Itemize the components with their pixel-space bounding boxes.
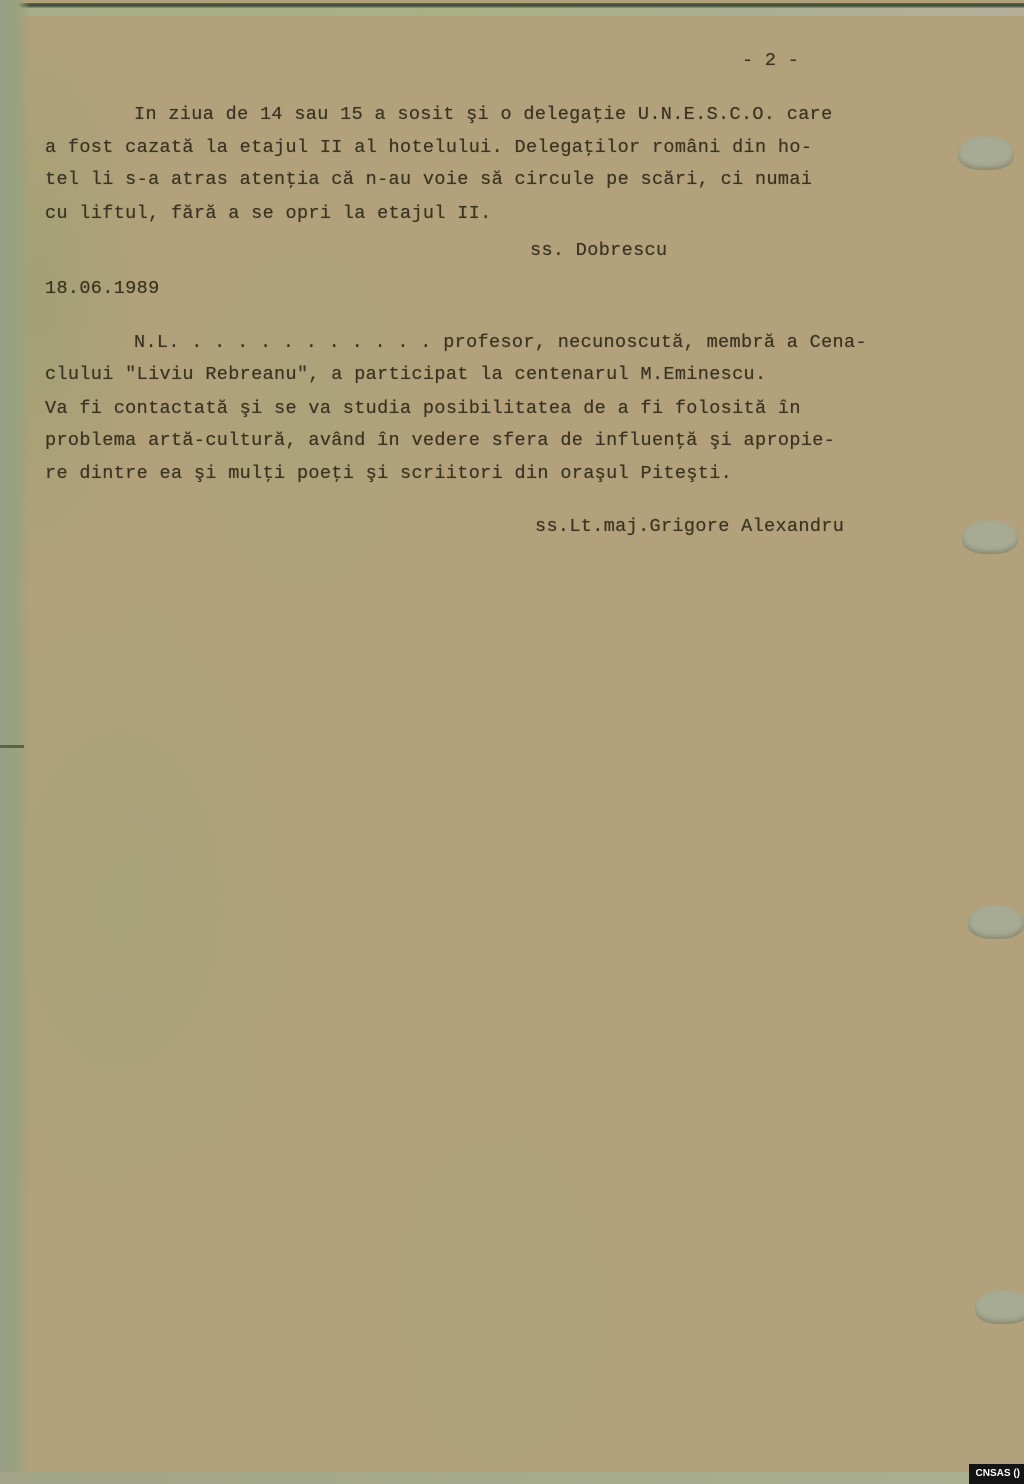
paragraph-1-line-4: cu liftul, fără a se opri la etajul II. bbox=[45, 203, 492, 224]
paragraph-2-line-5: re dintre ea şi mulţi poeţi şi scriitori… bbox=[45, 463, 732, 484]
punch-hole bbox=[962, 520, 1018, 554]
paragraph-2-line-1: N.L. . . . . . . . . . . . profesor, nec… bbox=[134, 332, 867, 353]
page-number: - 2 - bbox=[742, 50, 799, 71]
archive-credit: CNSAS () bbox=[969, 1464, 1024, 1484]
paragraph-2-line-2: clului "Liviu Rebreanu", a participat la… bbox=[45, 364, 766, 385]
bottom-edge bbox=[0, 1472, 1024, 1484]
paragraph-2-line-4: problema artă-cultură, având în vedere s… bbox=[45, 430, 835, 451]
punch-hole bbox=[975, 1290, 1024, 1324]
paragraph-2-line-3: Va fi contactată şi se va studia posibil… bbox=[45, 398, 801, 419]
left-page-edge bbox=[0, 0, 30, 1484]
punch-hole bbox=[968, 905, 1024, 939]
report-date: 18.06.1989 bbox=[45, 278, 160, 299]
signature-dobrescu: ss. Dobrescu bbox=[530, 240, 667, 261]
top-edge-band bbox=[0, 8, 1024, 16]
paragraph-1-line-1: In ziua de 14 sau 15 a sosit şi o delega… bbox=[134, 104, 833, 125]
paragraph-1-line-2: a fost cazată la etajul II al hotelului.… bbox=[45, 137, 812, 158]
punch-hole bbox=[958, 136, 1014, 170]
left-edge-mark bbox=[0, 745, 24, 748]
paragraph-1-line-3: tel li s-a atras atenţia că n-au voie să… bbox=[45, 169, 812, 190]
scanned-document-page: - 2 - In ziua de 14 sau 15 a sosit şi o … bbox=[0, 0, 1024, 1484]
signature-grigore-alexandru: ss.Lt.maj.Grigore Alexandru bbox=[535, 516, 844, 537]
